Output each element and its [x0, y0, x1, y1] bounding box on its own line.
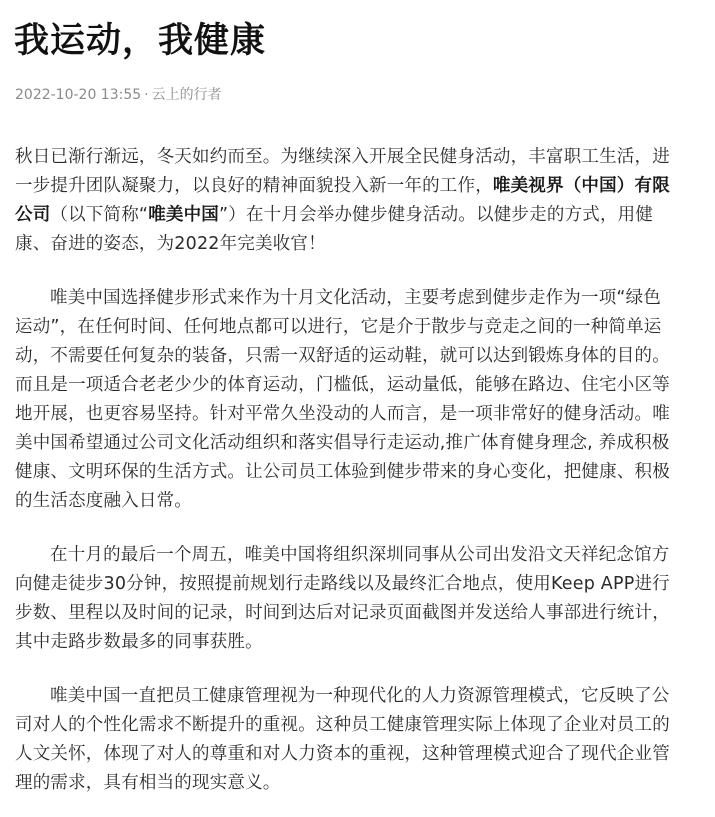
text-run: 康、奋进的姿态，为2022年完美收官！ [15, 234, 326, 254]
paragraph-line: 美中国希望通过公司文化活动组织和落实倡导行走运动,推广体育健身理念, 养成积极 [15, 429, 705, 458]
publish-datetime: 2022-10-20 13:55 [15, 87, 141, 103]
paragraph-line: 健康、文明环保的生活方式。让公司员工体验到健步带来的身心变化，把健康、积极 [15, 458, 705, 487]
text-run: ”）在十月会举办健步健身活动。以健步走的方式，用健 [219, 205, 653, 225]
paragraph-line: 运动”，在任何时间、任何地点都可以进行，它是介于散步与竞走之间的一种简单运 [15, 313, 705, 342]
article-meta: 2022-10-20 13:55·云上的行者 [15, 85, 222, 105]
paragraph-line: 一步提升团队凝聚力，以良好的精神面貌投入新一年的工作，唯美视界（中国）有限 [15, 172, 705, 201]
paragraph-line: 秋日已渐行渐远，冬天如约而至。为继续深入开展全民健身活动，丰富职工生活，进 [15, 143, 705, 172]
paragraph-line: 唯美中国选择健步形式来作为十月文化活动，主要考虑到健步走作为一项“绿色 [15, 284, 705, 313]
text-run: 秋日已渐行渐远，冬天如约而至。为继续深入开展全民健身活动，丰富职工生活，进 [15, 147, 670, 167]
company-name-bold: 唯美视界（中国）有限 [493, 176, 670, 196]
paragraph-line: 公司（以下简称“唯美中国”）在十月会举办健步健身活动。以健步走的方式，用健 [15, 201, 705, 230]
text-run: （以下简称“ [50, 205, 148, 225]
company-name-bold: 公司 [15, 205, 50, 225]
meta-separator: · [144, 87, 148, 103]
paragraph-line: 康、奋进的姿态，为2022年完美收官！ [15, 230, 705, 259]
paragraph-line: 其中走路步数最多的同事获胜。 [15, 628, 705, 657]
paragraph-line: 而且是一项适合老老少少的体育运动，门槛低，运动量低，能够在路边、住宅小区等 [15, 371, 705, 400]
paragraph-3: 在十月的最后一个周五，唯美中国将组织深圳同事从公司出发沿文天祥纪念馆方 向健走徒… [15, 541, 705, 657]
paragraph-line: 唯美中国一直把员工健康管理视为一种现代化的人力资源管理模式，它反映了公 [15, 682, 705, 711]
company-short-name-bold: 唯美中国 [148, 205, 219, 225]
text-run: 一步提升团队凝聚力，以良好的精神面貌投入新一年的工作， [15, 176, 493, 196]
paragraph-line: 动，不需要任何复杂的装备，只需一双舒适的运动鞋，就可以达到锻炼身体的目的。 [15, 342, 705, 371]
paragraph-line: 步数、里程以及时间的记录，时间到达后对记录页面截图并发送给人事部进行统计， [15, 599, 705, 628]
paragraph-line: 向健走徒步30分钟，按照提前规划行走路线以及最终汇合地点，使用Keep APP进… [15, 570, 705, 599]
paragraph-line: 理的需求，具有相当的现实意义。 [15, 769, 705, 798]
author-name[interactable]: 云上的行者 [152, 87, 222, 103]
paragraph-line: 的生活态度融入日常。 [15, 487, 705, 516]
paragraph-line: 司对人的个性化需求不断提升的重视。这种员工健康管理实际上体现了企业对员工的 [15, 711, 705, 740]
article-title: 我运动，我健康 [14, 18, 266, 64]
paragraph-2: 唯美中国选择健步形式来作为十月文化活动，主要考虑到健步走作为一项“绿色 运动”，… [15, 284, 705, 516]
paragraph-line: 在十月的最后一个周五，唯美中国将组织深圳同事从公司出发沿文天祥纪念馆方 [15, 541, 705, 570]
article-body: 秋日已渐行渐远，冬天如约而至。为继续深入开展全民健身活动，丰富职工生活，进 一步… [15, 143, 705, 817]
paragraph-line: 人文关怀，体现了对人的尊重和对人力资本的重视，这种管理模式迎合了现代企业管 [15, 740, 705, 769]
paragraph-4: 唯美中国一直把员工健康管理视为一种现代化的人力资源管理模式，它反映了公 司对人的… [15, 682, 705, 798]
paragraph-1: 秋日已渐行渐远，冬天如约而至。为继续深入开展全民健身活动，丰富职工生活，进 一步… [15, 143, 705, 259]
paragraph-line: 地开展，也更容易坚持。针对平常久坐没动的人而言，是一项非常好的健身活动。唯 [15, 400, 705, 429]
